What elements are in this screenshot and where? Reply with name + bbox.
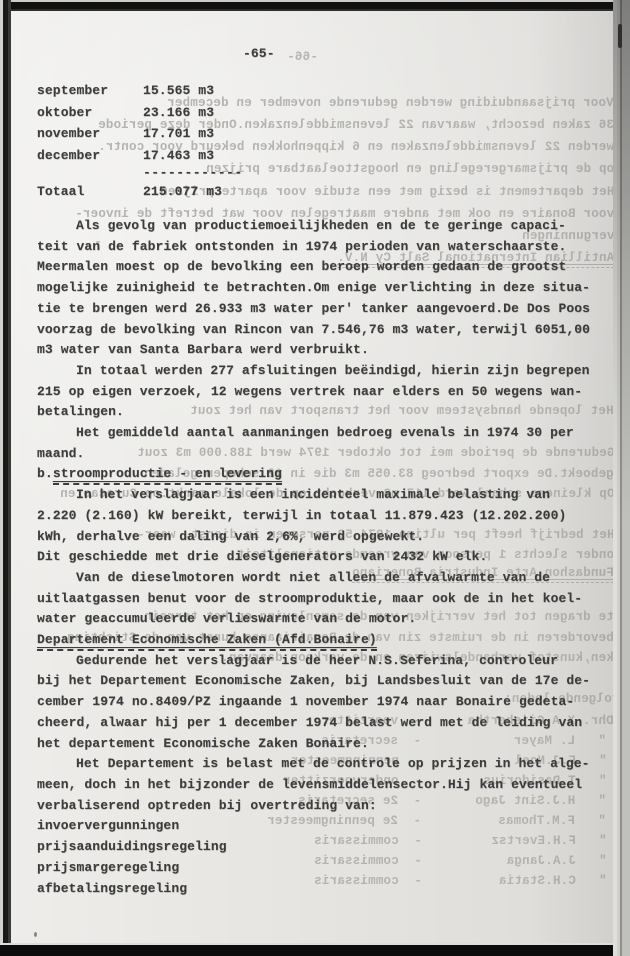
text-line: 215 op eigen verzoek, 12 wegens vertrek … — [37, 382, 590, 403]
table-volume-value: 17.463 m3 — [143, 148, 214, 163]
text-line: invoervergunningen — [37, 816, 590, 837]
scan-border-bottom — [0, 943, 630, 956]
text-line: verbaliserend optreden bij overtreding v… — [37, 796, 590, 817]
scan-border-right-shade — [613, 0, 630, 956]
text-line: voorzag de bevolking van Rincon van 7.54… — [37, 320, 590, 341]
text-line: Meermalen moest op de bevolking een bero… — [37, 257, 590, 278]
text-line: Dit geschiedde met drie dieselgenerators… — [37, 547, 590, 568]
heading-underlined-text: Departement Economische Zaken (Afd.Bonai… — [37, 632, 377, 651]
table-row: december17.463 m3 — [37, 145, 243, 167]
text-line: bij het Departement Economische Zaken, b… — [37, 671, 590, 692]
table-row: september15.565 m3 — [37, 80, 243, 102]
table-volume-value: 23.166 m3 — [143, 105, 214, 120]
paper-background: -66-Voor prijsaanduiding werden gedurend… — [0, 0, 630, 956]
page-number: -65- — [243, 46, 275, 61]
text-line: het departement Economische Zaken Bonair… — [37, 734, 590, 755]
section-heading: Departement Economische Zaken (Afd.Bonai… — [37, 630, 590, 651]
text-line: cember 1974 no.8409/PZ ingaande 1 novemb… — [37, 692, 590, 713]
table-volume-value: 17.701 m3 — [143, 126, 214, 141]
text-line: water geaccumuleerde verlieswarmte van d… — [37, 609, 590, 630]
text-line: In totaal werden 277 afsluitingen beëind… — [37, 361, 590, 382]
table-volume-value: 15.565 m3 — [143, 83, 214, 98]
text-line: cheerd, alwaar hij per 1 december 1974 b… — [37, 713, 590, 734]
scan-speck — [96, 241, 100, 243]
text-line: uitlaatgassen benut voor de stroomproduk… — [37, 589, 590, 610]
text-line: tie te brengen werd 26.933 m3 water per'… — [37, 299, 590, 320]
scan-border-top — [0, 0, 630, 11]
water-production-table: september15.565 m3oktober23.166 m3novemb… — [37, 80, 243, 202]
table-total-row: Totaal215.077 m3 — [37, 182, 243, 202]
text-line: Het gemiddeld aantal aanmaningen bedroeg… — [37, 423, 590, 444]
scan-border-right-mark — [618, 24, 622, 48]
text-line: Van de dieselmotoren wordt niet alleen d… — [37, 568, 590, 589]
table-total-label: Totaal — [37, 182, 143, 202]
text-line: mogelijke zuinigheid te betrachten.Om en… — [37, 278, 590, 299]
text-line: teit van de fabriek ontstonden in 1974 p… — [37, 237, 590, 258]
text-line: meen, doch in het bijzonder de levensmid… — [37, 775, 590, 796]
text-line: prijsmargeregeling — [37, 858, 590, 879]
text-line: Het Departement is belast met de control… — [37, 754, 590, 775]
bleed-through-line: -66- — [287, 50, 318, 64]
table-month-label: december — [37, 145, 143, 167]
text-line: prijsaanduidingsregeling — [37, 837, 590, 858]
table-month-label: november — [37, 123, 143, 145]
scan-border-left — [0, 0, 11, 956]
text-line: m3 water van Santa Barbara werd verbruik… — [37, 340, 590, 361]
page-curl-shading — [528, 0, 618, 956]
table-row: november17.701 m3 — [37, 123, 243, 145]
text-line: Gedurende het verslagjaar is de heer N.S… — [37, 651, 590, 672]
text-line: Als gevolg van productiemoeilijkheden en… — [37, 216, 590, 237]
body-text: Als gevolg van productiemoeilijkheden en… — [37, 216, 590, 899]
heading-prefix: b. — [37, 466, 53, 481]
text-line: In het verslagjaar is een incidenteel ma… — [37, 485, 590, 506]
text-line: kWh, derhalve een daling van 2,6%, werd … — [37, 527, 590, 548]
text-line: maand. — [37, 444, 590, 465]
table-row: oktober23.166 m3 — [37, 102, 243, 124]
scanned-document-screenshot: { "colors":{ "paper":"#e9e8e5", "ink":"#… — [0, 0, 630, 956]
table-month-label: oktober — [37, 102, 143, 124]
text-line: 2.220 (2.160) kW bereikt, terwijl in tot… — [37, 506, 590, 527]
table-separator: ------------ — [37, 166, 243, 180]
heading-underlined-text: stroomproductie - en levering — [53, 466, 282, 485]
table-month-label: september — [37, 80, 143, 102]
table-total-value: 215.077 m3 — [143, 184, 222, 199]
text-line: afbetalingsregeling — [37, 879, 590, 900]
section-heading: b.stroomproductie - en levering — [37, 464, 590, 485]
text-line: betalingen. — [37, 402, 590, 423]
scan-speck — [34, 932, 37, 937]
